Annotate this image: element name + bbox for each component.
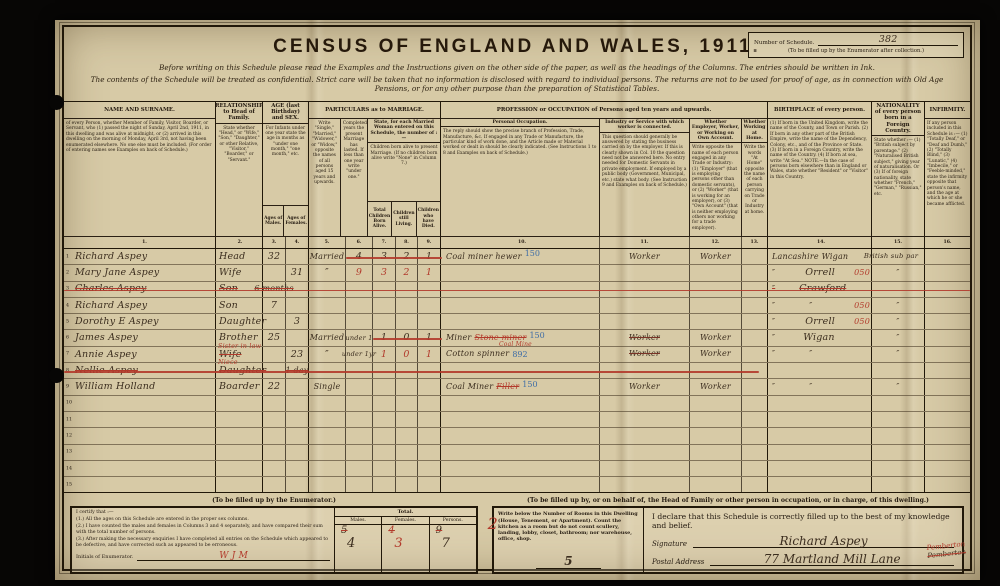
table-row: 7Annie Aspey Sister in lawWife 23 ″ unde… [64,347,970,363]
header-at-home-title: Whether Working at Home. [742,119,767,143]
header-infirmity: INFIRMITY. If any person included in thi… [925,102,970,236]
occupation-code: 150 [522,380,537,389]
census-photo: { "ink": {"black": "#3b2d1e", "red": "#b… [0,0,1000,586]
col-num: 16. [925,237,970,248]
certify-text: I certify that :— (1.) All the ages on t… [72,508,334,572]
nationality-entry: ″ [896,269,899,277]
col-num: 10. [441,237,600,248]
occupation-entry: Coal Miner [446,383,493,391]
enumerator-box: I certify that :— (1.) All the ages on t… [70,506,478,574]
red-strike-line [373,338,442,340]
schedule-number-note: (To be filled up by the Enumerator after… [754,48,958,54]
row-number: 13 [66,450,72,455]
age-female-entry: 23 [291,350,304,360]
occupation-entry: Coal miner hewer [446,253,522,261]
children-born-entry: 1 [381,350,387,360]
name-entry: Annie Aspey [75,350,137,360]
birthplace-entry: ″ [809,350,812,358]
occupation-code: 150 [529,331,544,340]
red-strike-line [346,257,442,259]
birthplace-entry: ″ [809,383,812,391]
totals-table: Total. Males. 54 Females. 43 Per [334,508,476,572]
header-age-subcolumns: Ages of Males. Ages of Females. [263,205,308,236]
occupation-red-annotation: Coal Mine [499,342,532,348]
certify-item-1: (1.) All the ages on this Schedule are e… [76,517,330,523]
schedule-number-label: Number of Schedule. [754,40,814,46]
col-num: 14. [768,237,872,248]
postal-address-label: Postal Address [652,558,704,566]
row-number: 12 [66,433,72,438]
header-name-title: NAME AND SURNAME. [64,102,215,119]
header-industry-title: Industry or Service with which worker is… [600,119,689,133]
schedule-number-value: 382 [818,35,958,46]
marriage-entry: Married [310,253,344,261]
header-personal-occupation-title: Personal Occupation. [441,119,599,127]
col-num: 8. [396,237,418,248]
totals-females-label: Females. [382,517,428,525]
years-married-entry: under 1 [345,335,372,342]
age-male-entry: 32 [268,252,281,262]
marriage-entry: ″ [325,268,329,278]
header-marriage-sub: Children born alive to present Marriage.… [368,143,440,173]
birthplace-entry: Lancashire Wigan [772,253,848,261]
birthplace-ditto: ″ [772,334,775,342]
row-number: 10 [66,401,72,406]
industry-entry: Worker [629,383,660,391]
totals-header: Total. [335,508,476,517]
employer-entry: Worker [700,253,731,261]
col-num: 12. [690,237,742,248]
table-row: 10 [64,396,970,412]
signature-value: Richard Aspey [693,536,954,548]
occupation-entry: Cotton spinner [446,350,509,358]
head-of-family-section: (To be filled up by, or on behalf of, th… [492,497,964,574]
children-living-entry: 2 [403,268,409,278]
row-number: 2 [66,270,69,275]
marriage-entry: ″ [325,350,329,360]
industry-entry: Worker [629,350,660,358]
header-nationality-text: State whether :— (1) "British subject by… [872,136,924,236]
birthplace-code: 050 [854,269,870,277]
certify-intro: I certify that :— [76,510,330,516]
name-entry: Mary Jane Aspey [75,268,159,278]
form-frame: Number of Schedule. 382 (To be filled up… [62,25,972,571]
initials-value: W J M [137,552,330,561]
declaration-box: Write below the Number of Rooms in this … [492,506,964,574]
birthplace-ditto: ″ [772,302,775,310]
header-children-born: Total Children Born Alive. [368,202,392,236]
header-marriage-title: PARTICULARS as to MARRIAGE. [309,102,440,119]
col-num: 9. [418,237,441,248]
totals-persons-label: Persons. [430,517,476,525]
relationship-entry: Wife [219,268,242,278]
table-row: 4Richard Aspey Son 7 ″″050 ″ [64,298,970,314]
header-employer-text: Write opposite the name of each person e… [690,143,741,236]
col-num: 1. [64,237,216,248]
totals-males: Males. 54 [335,517,382,572]
industry-entry: Worker [629,334,660,342]
table-header: NAME AND SURNAME. of every Person, wheth… [64,102,970,237]
name-entry: William Holland [75,382,155,392]
header-marriage-years: Completed years the present Marriage has… [341,119,367,236]
children-died-entry: 1 [426,350,432,360]
title-instruction-1: Before writing on this Schedule please r… [64,63,970,72]
header-at-home-text: Write the words "At Home" opposite the n… [742,143,767,236]
declaration-text: I declare that this Schedule is correctl… [652,512,950,530]
relationship-correction: Niece [218,359,238,365]
red-margin-note: 2 [488,516,498,532]
nationality-entry: ″ [896,334,899,342]
relationship-correction: Sister in law [218,343,261,349]
relationship-entry: Son [219,301,238,311]
table-row: 2Mary Jane Aspey Wife 31 ″ 9 3 2 1 ″Orre… [64,265,970,281]
nationality-entry: ″ [896,318,899,326]
birthplace-entry: ″ [809,302,812,310]
employer-entry: Worker [700,350,731,358]
certify-item-3: (3.) After making the necessary enquirie… [76,537,330,549]
header-age-females: Ages of Females. [284,206,308,236]
census-schedule-paper: Number of Schedule. 382 (To be filled up… [55,20,980,580]
header-children-living: Children still Living. [392,202,416,236]
nationality-entry: ″ [896,350,899,358]
initials-label: Initials of Enumerator. [76,554,133,560]
declaration-cell: I declare that this Schedule is correctl… [644,508,962,572]
table-row: 3Charles Aspey Son 6 months ″Crawford [64,282,970,298]
header-marriage-head: State, for each Married Woman entered on… [368,119,440,143]
birthplace-ditto: ″ [772,350,775,358]
totals-males-new: 4 [347,537,355,550]
header-birthplace: BIRTHPLACE of every person. (1) If born … [768,102,872,236]
relationship-entry: Head [219,252,245,262]
occupation-code: 150 [525,249,540,258]
col-num: 4. [286,237,309,248]
header-industry-text: This question should generally be answer… [600,133,689,236]
relationship-entry: Boarder [219,382,260,392]
title-instruction-2: The contents of the Schedule will be tre… [64,75,970,93]
table-body: 1Richard Aspey Head 32 Married 4 3 2 1 C… [64,249,970,493]
age-female-entry: 3 [294,317,300,327]
name-entry: James Aspey [75,333,138,343]
enumerator-caption: (To be filled up by the Enumerator.) [70,497,478,504]
occupation-code: 892 [512,350,527,359]
marriage-entry: Married [310,334,344,342]
nationality-entry: British sub par [864,253,918,260]
age-male-entry: 22 [268,382,281,392]
column-numbers-row: 1. 2. 3. 4. 5. 6. 7. 8. 9. 10. 11. 12. 1… [64,237,970,249]
header-nationality: NATIONALITY of every person born in a Fo… [872,102,925,236]
certify-item-2: (2.) I have counted the males and female… [76,524,330,536]
occupation-entry: Miner [446,334,471,342]
hole-punch [49,95,64,110]
header-name: NAME AND SURNAME. of every Person, wheth… [64,102,216,236]
header-birthplace-title: BIRTHPLACE of every person. [768,102,871,119]
header-relationship-text: State whether "Head," or "Wife," "Son," … [216,124,262,236]
employer-entry: Worker [700,334,731,342]
totals-persons: Persons. 97 [430,517,476,572]
children-died-entry: 1 [426,268,432,278]
totals-females: Females. 43 [382,517,429,572]
table-row: 1Richard Aspey Head 32 Married 4 3 2 1 C… [64,249,970,265]
years-married-entry: under 1yr [342,351,376,358]
birthplace-ditto: ″ [772,383,775,391]
header-marriage-write: Write "Single," "Married," "Widower," or… [309,119,340,236]
years-married-entry: 9 [356,268,362,278]
totals-males-label: Males. [335,517,381,525]
col-num: 5. [309,237,346,248]
col-num: 7. [373,237,396,248]
title-band: Number of Schedule. 382 (To be filled up… [64,27,970,102]
header-age-title: AGE (last Birthday) and SEX. [263,102,308,124]
table-row: 14 [64,461,970,477]
table-row: 5Dorothy E Aspey Daughter 3 ″Orrell050 ″ [64,314,970,330]
birthplace-code: 050 [854,302,870,310]
table-row: 11 [64,412,970,428]
children-born-entry: 3 [381,268,387,278]
row-number: 7 [66,352,69,357]
birthplace-entry: Orrell [805,317,835,327]
name-entry: Richard Aspey [75,301,147,311]
birthplace-code: 050 [854,318,870,326]
col-num: 13. [742,237,768,248]
schedule-number-box: Number of Schedule. 382 (To be filled up… [748,32,964,58]
table-row: 9William Holland Boarder 22 Single Coal … [64,379,970,395]
totals-males-old: 5 [341,526,348,536]
row-number: 15 [66,482,72,487]
rooms-cell: Write below the Number of Rooms in this … [494,508,644,572]
rooms-value: 5 [536,555,601,569]
row-number: 5 [66,319,69,324]
birthplace-ditto: ″ [772,269,775,277]
nationality-entry: ″ [896,302,899,310]
row-number: 4 [66,303,69,308]
employer-entry: Worker [700,383,731,391]
rooms-instructions: Write below the Number of Rooms in this … [498,511,639,542]
bottom-section: (To be filled up by the Enumerator.) I c… [64,493,970,574]
name-entry: Richard Aspey [75,252,147,262]
header-personal-occupation-text: The reply should show the precise branch… [441,127,599,236]
postal-address-annotation: Pemberton Pemberton [927,541,967,560]
relationship-entry: Daughter [219,317,266,327]
header-nationality-title: NATIONALITY of every person born in a Fo… [872,102,924,136]
header-children-died: Children who have Died. [417,202,440,236]
age-female-entry: 31 [291,268,304,278]
postal-address-value: 77 Martland Mill Lane [710,554,954,566]
table-row: 12 [64,428,970,444]
col-num: 6. [346,237,373,248]
age-male-entry: 7 [271,301,277,311]
occupation-red-annotation: Filler [496,383,519,391]
row-number: 11 [66,417,72,422]
header-infirmity-text: If any person included in this Schedule … [925,119,970,236]
header-profession-title: PROFESSION or OCCUPATION of Persons aged… [441,102,767,119]
age-male-entry: 25 [268,333,281,343]
totals-females-old: 4 [388,526,395,536]
header-marriage: PARTICULARS as to MARRIAGE. Write "Singl… [309,102,441,236]
col-num: 3. [263,237,286,248]
row-number: 14 [66,466,72,471]
header-name-text: of every Person, whether Member of Famil… [64,119,215,236]
header-profession: PROFESSION or OCCUPATION of Persons aged… [441,102,768,236]
signature-label: Signature [652,540,687,548]
header-relationship-title: RELATIONSHIP to Head of Family. [216,102,262,124]
hole-punch [49,368,64,383]
header-age-text: For Infants under one year state the age… [263,124,308,205]
table-row: 13 [64,445,970,461]
row-number: 6 [66,336,69,341]
row-number: 9 [66,385,69,390]
nationality-entry: ″ [896,383,899,391]
enumerator-section: (To be filled up by the Enumerator.) I c… [70,497,478,574]
col-num: 15. [872,237,925,248]
col-num: 11. [600,237,690,248]
birthplace-entry: Wigan [803,333,835,343]
head-of-family-caption: (To be filled up by, or on behalf of, th… [492,497,964,504]
col-num: 2. [216,237,263,248]
industry-entry: Worker [629,253,660,261]
birthplace-ditto: ″ [772,318,775,326]
totals-persons-old: 9 [436,526,443,536]
children-living-entry: 0 [403,350,409,360]
totals-females-new: 3 [394,537,402,550]
header-birthplace-text: (1) If born in the United Kingdom, write… [768,119,871,236]
header-relationship: RELATIONSHIP to Head of Family. State wh… [216,102,263,236]
header-infirmity-title: INFIRMITY. [925,102,970,119]
table-row: 8Nellie Aspey NieceDaughter 1 day [64,363,970,379]
name-entry: Dorothy E Aspey [75,317,159,327]
birthplace-entry: Orrell [805,268,835,278]
header-employer-title: Whether Employer, Worker, or Working on … [690,119,741,143]
row-number: 1 [66,254,69,259]
table-row: 15 [64,477,970,493]
totals-persons-new: 7 [442,537,450,550]
header-age: AGE (last Birthday) and SEX. For Infants… [263,102,309,236]
red-strike-line [64,371,759,373]
marriage-entry: Single [314,383,341,391]
red-strike-line [64,290,970,292]
header-age-males: Ages of Males. [263,206,284,236]
